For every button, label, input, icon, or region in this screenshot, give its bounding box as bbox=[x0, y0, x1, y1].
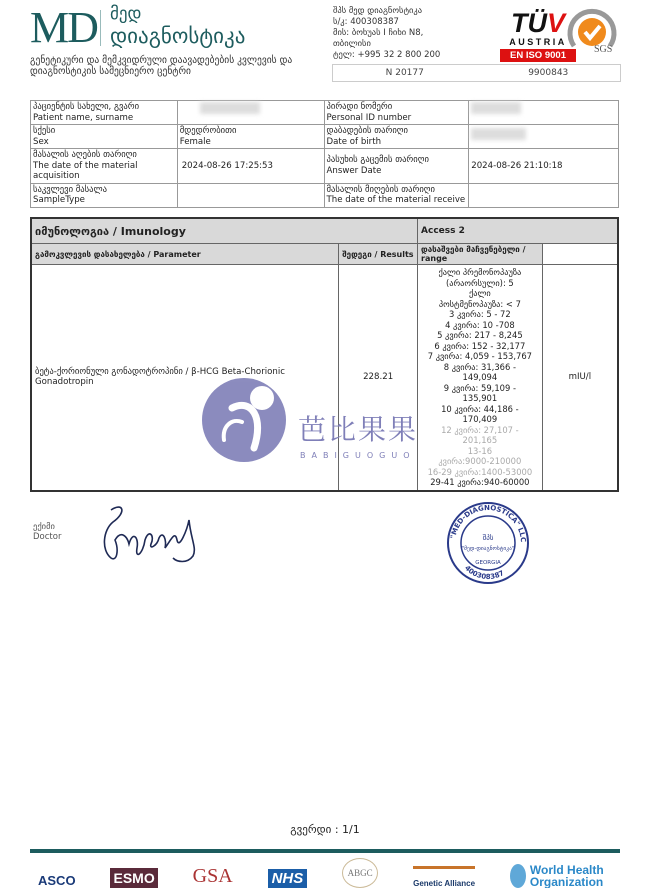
company-address: შპს მედ დიაგნოსტიკა ს/კ: 400308387 მის: … bbox=[333, 6, 440, 61]
range-line: 201,165 bbox=[420, 435, 540, 446]
info-label: პირადი ნომერიPersonal ID number bbox=[324, 101, 469, 125]
iso-badge: EN ISO 9001 bbox=[500, 49, 576, 62]
tuv-text: TÜ bbox=[511, 8, 547, 38]
esmo-logo: ESMO bbox=[110, 868, 157, 888]
tuv-certification-logo: TÜV AUSTRIA EN ISO 9001 bbox=[500, 10, 576, 62]
range-line: 16-29 კვირა:1400-53000 bbox=[420, 467, 540, 478]
range-line: 10 კვირა: 44,186 - bbox=[420, 404, 540, 415]
range-line: 12 კვირა: 27,107 - bbox=[420, 425, 540, 436]
analyzer-name: Access 2 bbox=[418, 218, 618, 244]
table-row: სქესიSex მდედრობითიFemale დაბადების თარი… bbox=[31, 125, 619, 149]
sgs-label: SGS bbox=[594, 44, 612, 55]
range-line: 7 კვირა: 4,059 - 153,767 bbox=[420, 351, 540, 362]
column-header-range: დასაშვები მაჩვენებელი / range bbox=[418, 244, 543, 265]
date-of-birth-value bbox=[469, 125, 619, 149]
range-line: 170,409 bbox=[420, 414, 540, 425]
tuv-v: V bbox=[547, 8, 565, 38]
sample-type-value bbox=[177, 183, 324, 207]
acquisition-date-value: 2024-08-26 17:25:53 bbox=[177, 149, 324, 184]
range-line: 3 კვირა: 5 - 72 bbox=[420, 309, 540, 320]
receive-date-value bbox=[469, 183, 619, 207]
watermark-subtext: BABIGUOGUO bbox=[300, 451, 416, 460]
company-tagline: გენეტიკური და მემკვიდრული დაავადებების კ… bbox=[30, 55, 330, 77]
info-label: პასუხის გაცემის თარიღიAnswer Date bbox=[324, 149, 469, 184]
partner-logos: ASCO ESMO GSA NHS ABGC Genetic Alliance … bbox=[30, 856, 630, 888]
svg-text:შპს: შპს bbox=[483, 534, 494, 542]
redacted-value bbox=[471, 128, 526, 140]
address-line: ტელ: +995 32 2 800 200 bbox=[333, 50, 440, 61]
range-line: 13-16 bbox=[420, 446, 540, 457]
logo-wordmark-small: მედ bbox=[110, 5, 141, 23]
genetic-alliance-logo: Genetic Alliance bbox=[413, 866, 475, 888]
info-label: საკვლევი მასალაSampleType bbox=[31, 183, 178, 207]
watermark-text: 芭比果果 bbox=[298, 415, 418, 445]
page-number: გვერდი : 1/1 bbox=[0, 823, 650, 836]
company-stamp-icon: "MED-DIAGNOSTICA" LLC 400308387 შპს "მედ… bbox=[445, 500, 531, 586]
range-line: 4 კვირა: 10 -708 bbox=[420, 320, 540, 331]
info-label: პაციენტის სახელი, გვარიPatient name, sur… bbox=[31, 101, 178, 125]
redacted-value bbox=[471, 102, 521, 114]
range-line: კვირა:9000-210000 bbox=[420, 456, 540, 467]
range-line: 149,094 bbox=[420, 372, 540, 383]
info-label: სქესიSex bbox=[31, 125, 178, 149]
address-line: თბილისი bbox=[333, 39, 440, 50]
logo-wordmark: დიაგნოსტიკა bbox=[110, 24, 245, 48]
info-label: მასალის აღების თარიღიThe date of the mat… bbox=[31, 149, 178, 184]
abgc-logo: ABGC bbox=[342, 858, 378, 888]
md-logo: MD bbox=[30, 6, 97, 50]
result-unit: mIU/l bbox=[542, 265, 618, 491]
range-line: 135,901 bbox=[420, 393, 540, 404]
address-line: მის: ბოხუას I ჩიხი N8, bbox=[333, 28, 440, 39]
who-emblem-icon bbox=[510, 864, 526, 888]
column-header-unit bbox=[542, 244, 618, 265]
range-line: (არაორსული): 5 bbox=[420, 278, 540, 289]
svg-text:GEORGIA: GEORGIA bbox=[475, 560, 501, 566]
range-line: პოსტმენოპაუზა: < 7 bbox=[420, 299, 540, 310]
section-header-row: იმუნოლოგია / Imunology Access 2 bbox=[31, 218, 618, 244]
column-header-parameter: გამოკვლევის დასახელება / Parameter bbox=[31, 244, 339, 265]
document-number: N 20177 bbox=[333, 65, 477, 81]
doctor-label: ექიმი Doctor bbox=[33, 522, 61, 542]
table-row: პაციენტის სახელი, გვარიPatient name, sur… bbox=[31, 101, 619, 125]
column-header-results: შედეგი / Results bbox=[339, 244, 418, 265]
watermark-logo-icon bbox=[202, 378, 286, 462]
range-line: 29-41 კვირა:940-60000 bbox=[420, 477, 540, 488]
column-header-row: გამოკვლევის დასახელება / Parameter შედეგ… bbox=[31, 244, 618, 265]
svg-text:"მედ-დიაგნოსტიკა": "მედ-დიაგნოსტიკა" bbox=[462, 545, 515, 552]
redacted-value bbox=[200, 102, 260, 114]
doctor-signature-icon bbox=[93, 500, 213, 570]
range-line: 6 კვირა: 152 - 32,177 bbox=[420, 341, 540, 352]
footer-divider bbox=[30, 849, 620, 853]
range-line: ქალი bbox=[420, 288, 540, 299]
barcode-number: 9900843 bbox=[477, 65, 621, 81]
tuv-country: AUSTRIA bbox=[500, 37, 576, 47]
range-line: ქალი პრემონოპაუზა bbox=[420, 267, 540, 278]
answer-date-value: 2024-08-26 21:10:18 bbox=[469, 149, 619, 184]
info-label: მასალის მიღების თარიღიThe date of the ma… bbox=[324, 183, 469, 207]
table-row: მასალის აღების თარიღიThe date of the mat… bbox=[31, 149, 619, 184]
info-label: დაბადების თარიღიDate of birth bbox=[324, 125, 469, 149]
personal-id-value bbox=[469, 101, 619, 125]
range-line: 8 კვირა: 31,366 - bbox=[420, 362, 540, 373]
range-line: 9 კვირა: 59,109 - bbox=[420, 383, 540, 394]
who-logo: World Health Organization bbox=[510, 864, 630, 888]
table-row: საკვლევი მასალაSampleType მასალის მიღები… bbox=[31, 183, 619, 207]
parameter-name: ბეტა-ქორიონული გონადოტროპინი / β-HCG Bet… bbox=[31, 265, 339, 491]
nhs-logo: NHS bbox=[268, 869, 308, 888]
section-title: იმუნოლოგია / Imunology bbox=[31, 218, 418, 244]
patient-info-table: პაციენტის სახელი, გვარიPatient name, sur… bbox=[30, 100, 619, 208]
range-line: 5 კვირა: 217 - 8,245 bbox=[420, 330, 540, 341]
asco-logo: ASCO bbox=[38, 873, 76, 888]
document-number-box: N 20177 9900843 bbox=[332, 64, 621, 82]
sex-value: მდედრობითიFemale bbox=[177, 125, 324, 149]
patient-name-value bbox=[177, 101, 324, 125]
gsa-logo: GSA bbox=[193, 865, 233, 888]
reference-range: ქალი პრემონოპაუზა(არაორსული): 5ქალიპოსტმ… bbox=[418, 265, 543, 491]
address-line: შპს მედ დიაგნოსტიკა bbox=[333, 6, 440, 17]
logo-divider bbox=[100, 10, 101, 46]
address-line: ს/კ: 400308387 bbox=[333, 17, 440, 28]
